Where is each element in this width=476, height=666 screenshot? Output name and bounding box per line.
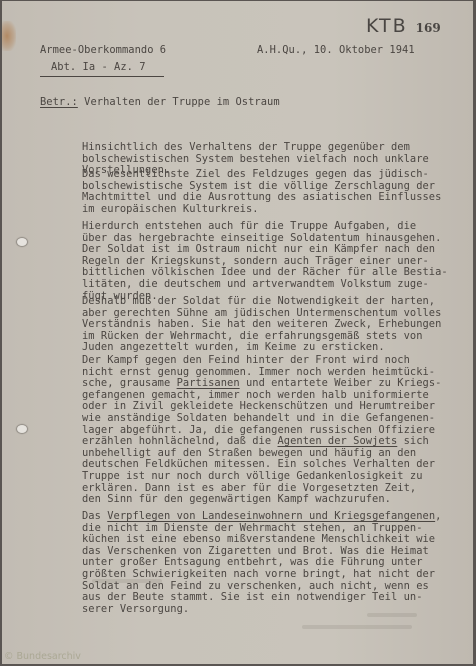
subject-line: Betr.: Verhalten der Truppe im Ostraum: [40, 97, 280, 109]
paper-stain: [2, 21, 16, 51]
bleed-through-mark: [92, 579, 162, 583]
handwritten-ktb: KTB: [366, 15, 408, 37]
subject-text: Verhalten der Truppe im Ostraum: [78, 96, 280, 108]
text-line: Der Kampf gegen den Feind hinter der Fro…: [82, 355, 441, 367]
text-line: litäten, die deutschem und artverwandtem…: [82, 279, 448, 291]
text-line: Hinsichtlich des Verhaltens der Truppe g…: [82, 142, 429, 154]
sender-line-2: Abt. Ia - Az. 7: [40, 62, 164, 77]
text-line: Das Verpflegen von Landeseinwohnern und …: [82, 511, 441, 523]
place-date: A.H.Qu., 10. Oktober 1941: [257, 45, 415, 57]
text-line: Das wesentlichste Ziel des Feldzuges geg…: [82, 169, 441, 181]
text-line: erzählen hohnlächelnd, daß die Agenten d…: [82, 436, 441, 448]
underlined-phrase: Agenten der Sowjets: [277, 435, 397, 447]
sender-line-1: Armee-Oberkommando 6: [40, 45, 166, 57]
text-line: wie anständige Soldaten behandelt und in…: [82, 413, 441, 425]
text-line: den Sinn für den gegenwärtigen Kampf wac…: [82, 494, 441, 506]
text-line: Truppe ist nur noch durch völlige Gedank…: [82, 471, 441, 483]
paragraph-5: Der Kampf gegen den Feind hinter der Fro…: [82, 355, 441, 506]
text-line: Deshalb muß der Soldat für die Notwendig…: [82, 296, 441, 308]
paragraph-6: Das Verpflegen von Landeseinwohnern und …: [82, 511, 441, 615]
paragraph-2: Das wesentlichste Ziel des Feldzuges geg…: [82, 169, 441, 215]
document-page: KTB169 Armee-Oberkommando 6 Abt. Ia - Az…: [2, 1, 473, 664]
text-line: Juden angezettelt wurden, im Keime zu er…: [82, 342, 441, 354]
text-line: aus der Beute stammt. Sie ist ein notwen…: [82, 592, 441, 604]
reference-number: Abt. Ia - Az. 7: [51, 61, 146, 73]
text-line: im europäischen Kulturkreis.: [82, 204, 441, 216]
paragraph-3: Hierdurch entstehen auch für die Truppe …: [82, 221, 448, 302]
page-number: 169: [416, 21, 441, 35]
underlined-phrase: Verpflegen von Landeseinwohnern und Krie…: [107, 510, 435, 522]
punch-hole-bottom: [17, 425, 27, 433]
underlined-phrase: Partisanen: [177, 377, 240, 389]
archive-stamp: KTB169: [366, 15, 441, 37]
subject-label: Betr.:: [40, 96, 78, 108]
archive-watermark: © Bundesarchiv: [4, 651, 81, 662]
bleed-through-mark: [367, 613, 417, 617]
punch-hole-top: [17, 238, 27, 246]
paragraph-4: Deshalb muß der Soldat für die Notwendig…: [82, 296, 441, 354]
bleed-through-mark: [302, 625, 412, 629]
text-line: Hierdurch entstehen auch für die Truppe …: [82, 221, 448, 233]
